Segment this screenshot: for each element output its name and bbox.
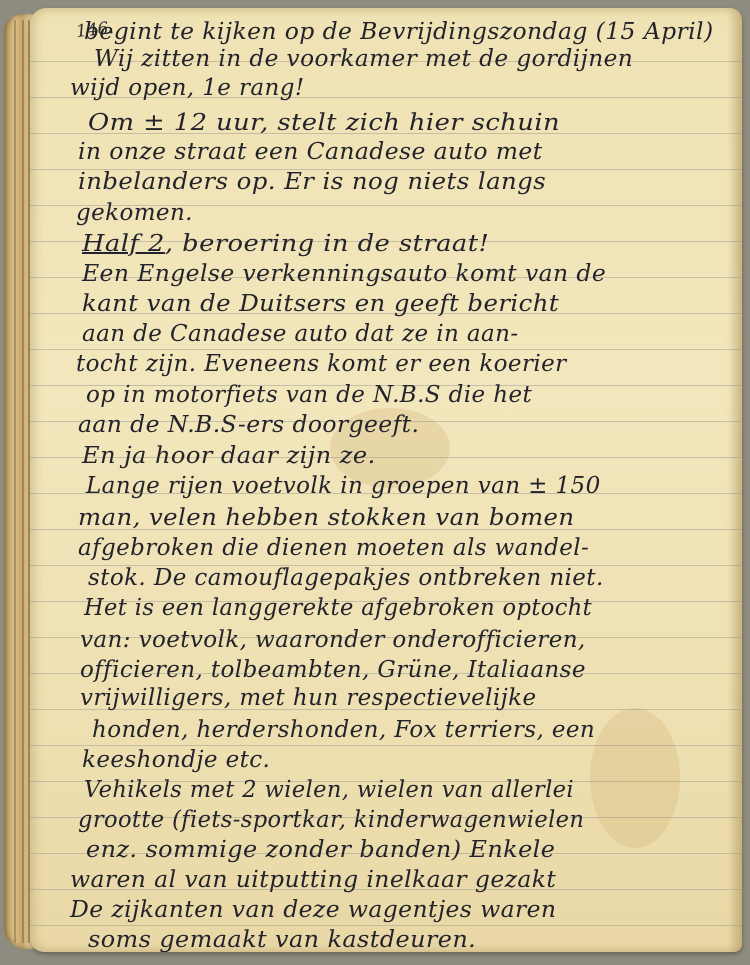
text-line: wijd open, 1e rang! (70, 70, 304, 106)
paper-stain (590, 708, 680, 848)
page-edge-line (14, 20, 16, 943)
text-line: vrijwilligers, met hun respectievelijke (80, 680, 537, 716)
text-line: Het is een langgerekte afgebroken optoch… (84, 590, 592, 626)
page-edge-line (22, 20, 24, 943)
text-line: soms gemaakt van kastdeuren. (88, 922, 476, 952)
diary-page: 146. begint te kijken op de Bevrijdingsz… (30, 8, 742, 952)
text-line: Lange rijen voetvolk in groepen van ± 15… (86, 468, 601, 504)
